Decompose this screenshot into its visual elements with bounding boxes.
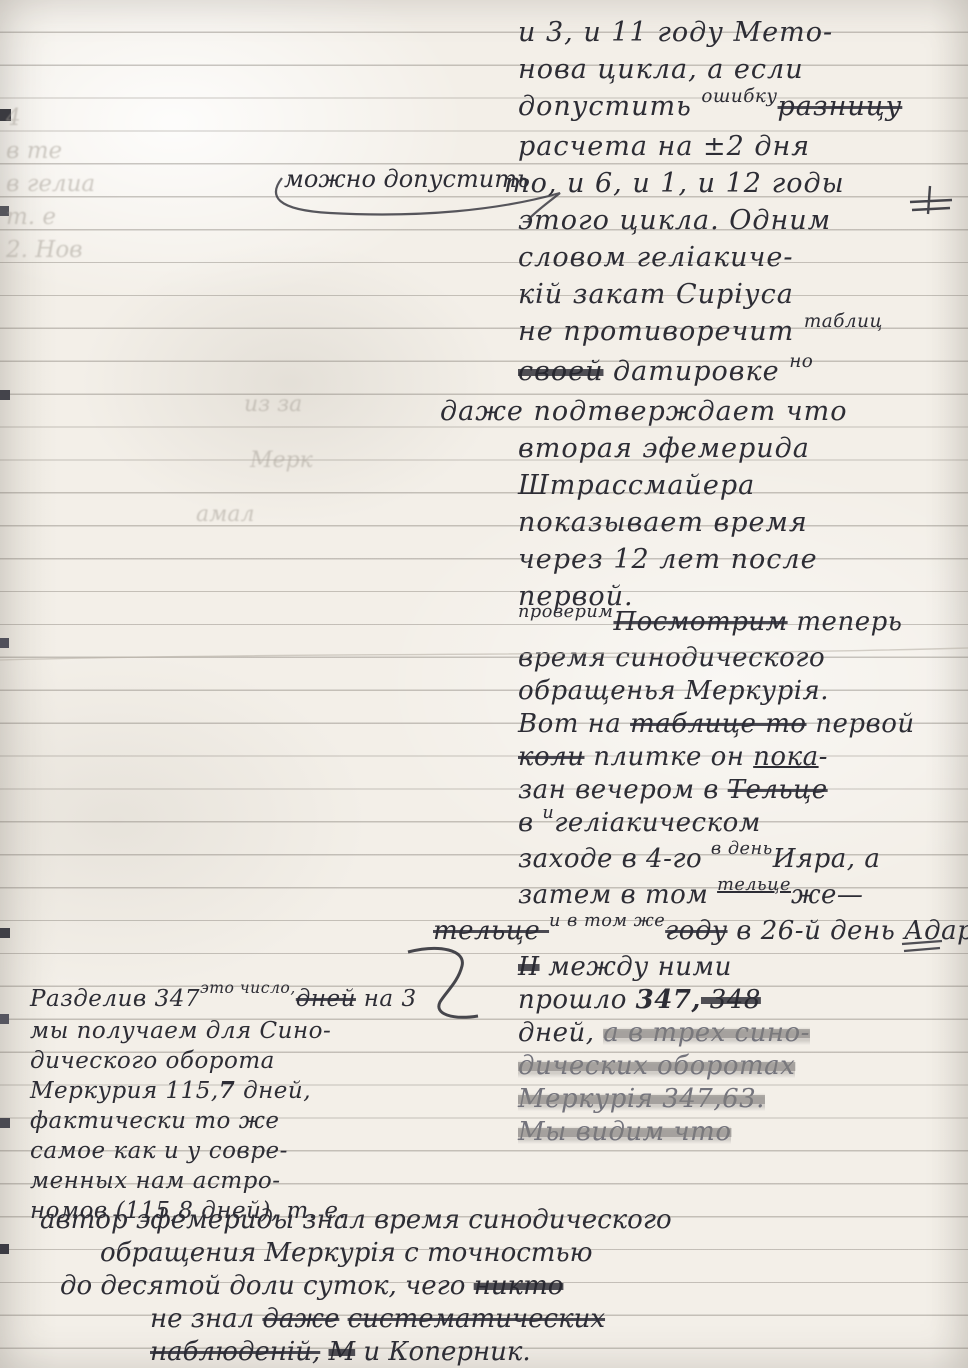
text-segment: даже	[440, 396, 533, 427]
left-column-text: Разделив 347это число,дней на 3мы получа…	[30, 984, 417, 1226]
blacked-out-text: II	[518, 952, 540, 982]
text-segment: нова цикла, а если	[518, 54, 804, 85]
handwritten-line: допустить ошибкуразницу	[518, 88, 902, 128]
handwritten-line: не знал даже систематических	[150, 1303, 672, 1336]
text-segment: мы получаем для Сино-	[30, 1018, 331, 1044]
handwritten-line: то, и 6, и 1, и 12 годы	[504, 165, 902, 202]
handwritten-line: в гелиа	[6, 168, 95, 201]
text-segment: не противоречит	[518, 316, 804, 347]
bottom-paragraph-text: автор эфемериды знал время синодического…	[40, 1204, 672, 1368]
handwritten-line: кій закат Сиріуса	[518, 276, 902, 313]
text-segment: через 12 лет после	[518, 544, 818, 575]
handwritten-line: 4	[6, 102, 95, 135]
text-segment	[339, 1304, 347, 1334]
handwritten-line: вторая эфемерида	[518, 430, 902, 467]
text-segment: 4	[6, 105, 21, 131]
handwritten-line: обращения Меркурія с точностью	[100, 1237, 672, 1270]
text-segment: и Коперник.	[355, 1337, 531, 1367]
handwritten-line: Вот на таблице то первой	[518, 708, 968, 741]
text-segment: затем в том	[518, 880, 717, 910]
text-segment: Ияра, а	[773, 844, 881, 874]
text-segment: обращенья Меркурія.	[518, 676, 829, 706]
handwritten-line: нова цикла, а если	[518, 51, 902, 88]
text-segment: не знал	[150, 1304, 262, 1334]
superscript-insertion: проверим	[518, 602, 613, 622]
text-segment: в	[518, 808, 542, 838]
text-segment: и 3, и 11 году Мето-	[518, 17, 833, 48]
struck-out-text: разницу	[778, 91, 903, 122]
handwritten-line: до десятой доли суток, чего никто	[60, 1270, 672, 1303]
struck-out-text: коли	[518, 742, 584, 772]
text-segment: подтверждает что	[533, 396, 847, 427]
text-segment: в те	[6, 138, 62, 164]
struck-out-text: таблице то	[630, 709, 806, 739]
handwritten-line: время синодического	[518, 642, 968, 675]
struck-out-text: Посмотрим	[613, 607, 787, 637]
manuscript-page: 4в тев гелиат. е2. Нов из за Мерк амал м…	[0, 0, 968, 1368]
superscript-insertion: таблиц	[804, 311, 883, 332]
handwritten-line: своей датировке но	[518, 353, 902, 393]
text-segment: пока	[753, 742, 818, 772]
pencil-smudged-text: Меркурія 347,63.	[518, 1084, 765, 1114]
handwritten-line: словом геліакиче-	[518, 239, 902, 276]
text-segment: допустить	[518, 91, 701, 122]
handwritten-line: Мы видим что	[518, 1116, 968, 1149]
superscript-insertion: тельце	[717, 875, 791, 895]
superscript-insertion: ошибку	[701, 86, 777, 107]
handwritten-line: расчета на ±2 дня	[518, 128, 902, 165]
struck-out-text: систематических	[348, 1304, 605, 1334]
erased-word-fragment: из за	[244, 392, 302, 417]
text-segment: в гелиа	[6, 171, 95, 197]
struck-out-text: Тельце	[728, 775, 828, 805]
handwritten-line: прошло 347, 348	[518, 984, 968, 1017]
text-segment: то, и 6, и 1, и 12 годы	[504, 168, 845, 199]
handwritten-line: показывает время	[518, 504, 902, 541]
handwritten-line: т. е	[6, 201, 95, 234]
text-segment: прошло	[518, 985, 636, 1015]
blacked-out-text: 348	[701, 985, 761, 1015]
handwritten-line: самое как и у совре-	[30, 1136, 417, 1166]
handwritten-line: Меркурія 347,63.	[518, 1083, 968, 1116]
handwritten-line: тельце и в том жегоду в 26-й день Адара …	[433, 915, 968, 951]
struck-out-text: дней	[296, 986, 356, 1012]
pencil-smudged-text: Мы видим что	[518, 1117, 731, 1147]
handwritten-line: 2. Нов	[6, 234, 95, 267]
handwritten-line: Разделив 347это число,дней на 3	[30, 984, 417, 1016]
superscript-insertion: это число,	[200, 978, 296, 997]
blacked-out-text: своей	[518, 356, 603, 387]
handwritten-line: мы получаем для Сино-	[30, 1016, 417, 1046]
text-segment: в 26-й день Адара II	[728, 916, 968, 946]
handwritten-line: менных нам астро-	[30, 1166, 417, 1196]
text-segment: на 3	[356, 986, 417, 1012]
text-segment: до десятой доли суток, чего	[60, 1271, 474, 1301]
double-underline-stroke	[910, 186, 952, 214]
struck-out-text: тельце	[433, 916, 549, 946]
handwritten-line: проверимПосмотрим теперь	[518, 606, 968, 642]
erased-margin-notes: 4в тев гелиат. е2. Нов	[6, 102, 95, 267]
text-segment: теперь	[788, 607, 903, 637]
handwritten-line: фактически то же	[30, 1106, 417, 1136]
text-segment: словом геліакиче-	[518, 242, 793, 273]
handwritten-line: автор эфемериды знал время синодического	[40, 1204, 672, 1237]
handwritten-line: коли плитке он пока-	[518, 741, 968, 774]
text-segment: менных нам астро-	[30, 1168, 280, 1194]
handwritten-line: можно допустить	[284, 165, 530, 193]
handwritten-line: не противоречит таблиц	[518, 313, 902, 353]
handwritten-line: II между ними	[518, 951, 968, 984]
handwritten-line: и 3, и 11 году Мето-	[518, 14, 902, 51]
handwritten-line: в игеліакическом	[518, 807, 968, 843]
handwritten-line: затем в том тельцеже—	[518, 879, 968, 915]
handwritten-line: заходе в 4-го в деньИяра, а	[518, 843, 968, 879]
text-segment: -	[819, 742, 828, 772]
handwritten-line: через 12 лет после	[518, 541, 902, 578]
circled-insertion-note: можно допустить	[284, 165, 530, 193]
text-segment: обращения Меркурія с точностью	[100, 1238, 592, 1268]
text-segment: датировке	[603, 356, 789, 387]
text-segment: между ними	[540, 952, 732, 982]
connector-curve-stroke	[408, 948, 478, 1017]
text-segment: 347,	[636, 985, 701, 1015]
text-segment: самое как и у совре-	[30, 1138, 288, 1164]
handwritten-line: Штрассмайера	[518, 467, 902, 504]
handwritten-line: наблюденій, М и Коперник.	[150, 1336, 672, 1368]
text-segment	[320, 1337, 328, 1367]
superscript-insertion: в день	[711, 839, 773, 859]
text-segment: автор эфемериды знал время синодического	[40, 1205, 672, 1235]
erased-word-fragment: Мерк	[250, 448, 313, 473]
handwritten-line: в те	[6, 135, 95, 168]
scan-edge-ink-specks	[0, 0, 6, 6]
handwritten-line: зан вечером в Тельце	[518, 774, 968, 807]
text-segment: дней,	[518, 1018, 603, 1048]
superscript-insertion: и в том же	[549, 911, 665, 931]
text-segment: дней,	[235, 1078, 311, 1104]
text-segment: вторая эфемерида	[518, 433, 810, 464]
text-segment: кій закат Сиріуса	[518, 279, 794, 310]
right-column-lower-text: проверимПосмотрим теперьвремя синодическ…	[518, 606, 968, 1149]
text-segment: 7	[219, 1077, 236, 1104]
handwritten-line: этого цикла. Одним	[518, 202, 902, 239]
handwritten-line: обращенья Меркурія.	[518, 675, 968, 708]
erased-word-fragment: амал	[196, 502, 254, 527]
struck-out-text: году	[665, 916, 727, 946]
text-segment: показывает время	[518, 507, 808, 538]
text-segment: Разделив 347	[30, 986, 200, 1012]
text-segment: можно допустить	[284, 165, 530, 193]
superscript-insertion: но	[789, 351, 813, 372]
text-segment: время синодического	[518, 643, 825, 673]
blacked-out-text: никто	[474, 1271, 564, 1301]
text-segment: первой	[807, 709, 915, 739]
struck-out-text: даже	[262, 1304, 339, 1334]
text-segment: Вот на	[518, 709, 630, 739]
blacked-out-text: М	[329, 1337, 356, 1367]
text-segment: дического оборота	[30, 1048, 275, 1074]
handwritten-line: дических оборотах	[518, 1050, 968, 1083]
pencil-smudged-text: а в трех сино-	[603, 1018, 810, 1048]
text-segment: же—	[791, 880, 863, 910]
text-segment: Штрассмайера	[518, 470, 755, 501]
text-segment: этого цикла. Одним	[518, 205, 831, 236]
text-segment: Меркурия 115,	[30, 1078, 219, 1104]
pencil-smudged-text: дических оборотах	[518, 1051, 795, 1081]
text-segment: расчета на ±2 дня	[518, 131, 810, 162]
text-segment: фактически то же	[30, 1108, 279, 1134]
text-segment: зан вечером в	[518, 775, 728, 805]
text-segment: геліакическом	[554, 808, 761, 838]
right-column-upper-text: и 3, и 11 году Мето-нова цикла, а еслидо…	[518, 14, 902, 615]
handwritten-line: Меркурия 115,7 дней,	[30, 1076, 417, 1106]
superscript-insertion: и	[542, 803, 554, 823]
text-segment: заходе в 4-го	[518, 844, 711, 874]
text-segment: плитке он	[584, 742, 753, 772]
text-segment: т. е	[6, 204, 56, 230]
struck-out-text: наблюденій,	[150, 1337, 320, 1367]
handwritten-line: даже подтверждает что	[440, 393, 902, 430]
handwritten-line: дического оборота	[30, 1046, 417, 1076]
handwritten-line: дней, а в трех сино-	[518, 1017, 968, 1050]
text-segment: 2. Нов	[6, 237, 83, 263]
